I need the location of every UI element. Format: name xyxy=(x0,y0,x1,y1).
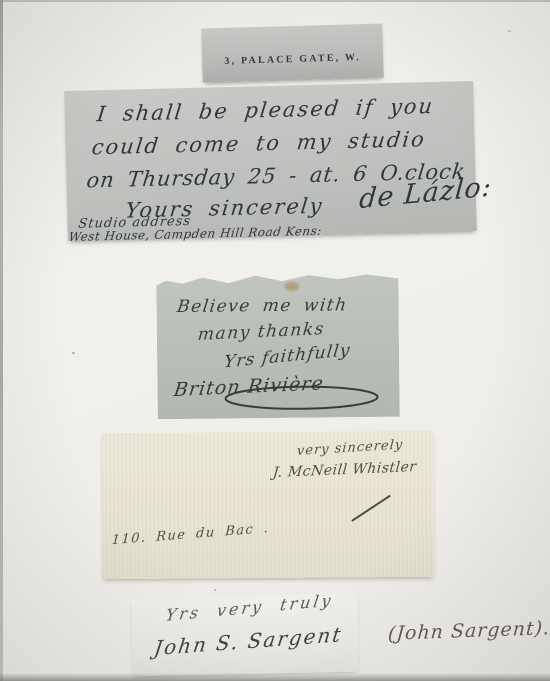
note-valediction: Yrs very truly xyxy=(164,590,335,625)
printed-address-text: 3, PALACE GATE, W. xyxy=(202,51,383,67)
address-card: 3, PALACE GATE, W. xyxy=(201,23,383,82)
ink-caption: (John Sargent). xyxy=(387,617,550,645)
note-line: could come to my studio xyxy=(91,127,428,159)
note-line: many thanks xyxy=(197,319,326,345)
note-valediction: Yrs faithfully xyxy=(223,340,352,372)
paper-stain xyxy=(284,282,299,291)
sargent-signature: John S. Sargent xyxy=(153,622,344,660)
note-valediction: very sincerely xyxy=(296,437,403,458)
whistler-signature: J. McNeill Whistler xyxy=(272,459,417,481)
photo-edge-bottom xyxy=(0,673,550,681)
photo-edge-top xyxy=(0,0,550,2)
dust-speck xyxy=(214,589,216,591)
note-line: I shall be pleased if you xyxy=(96,94,436,126)
whistler-note-card: very sincerely J. McNeill Whistler 110. … xyxy=(101,431,434,579)
laszlo-note-card: I shall be pleased if you could come to … xyxy=(64,81,477,241)
photo-edge-left xyxy=(0,0,3,681)
note-line: Believe me with xyxy=(176,295,349,317)
album-page-photo: 3, PALACE GATE, W. I shall be pleased if… xyxy=(0,0,550,681)
dust-speck xyxy=(508,30,511,32)
riviere-note-card: Believe me with many thanks Yrs faithful… xyxy=(156,273,399,420)
pen-stroke xyxy=(351,495,391,522)
sargent-note-card: Yrs very truly John S. Sargent xyxy=(131,594,359,677)
address-line: 110. Rue du Bac . xyxy=(111,521,270,548)
dust-speck xyxy=(72,352,75,354)
